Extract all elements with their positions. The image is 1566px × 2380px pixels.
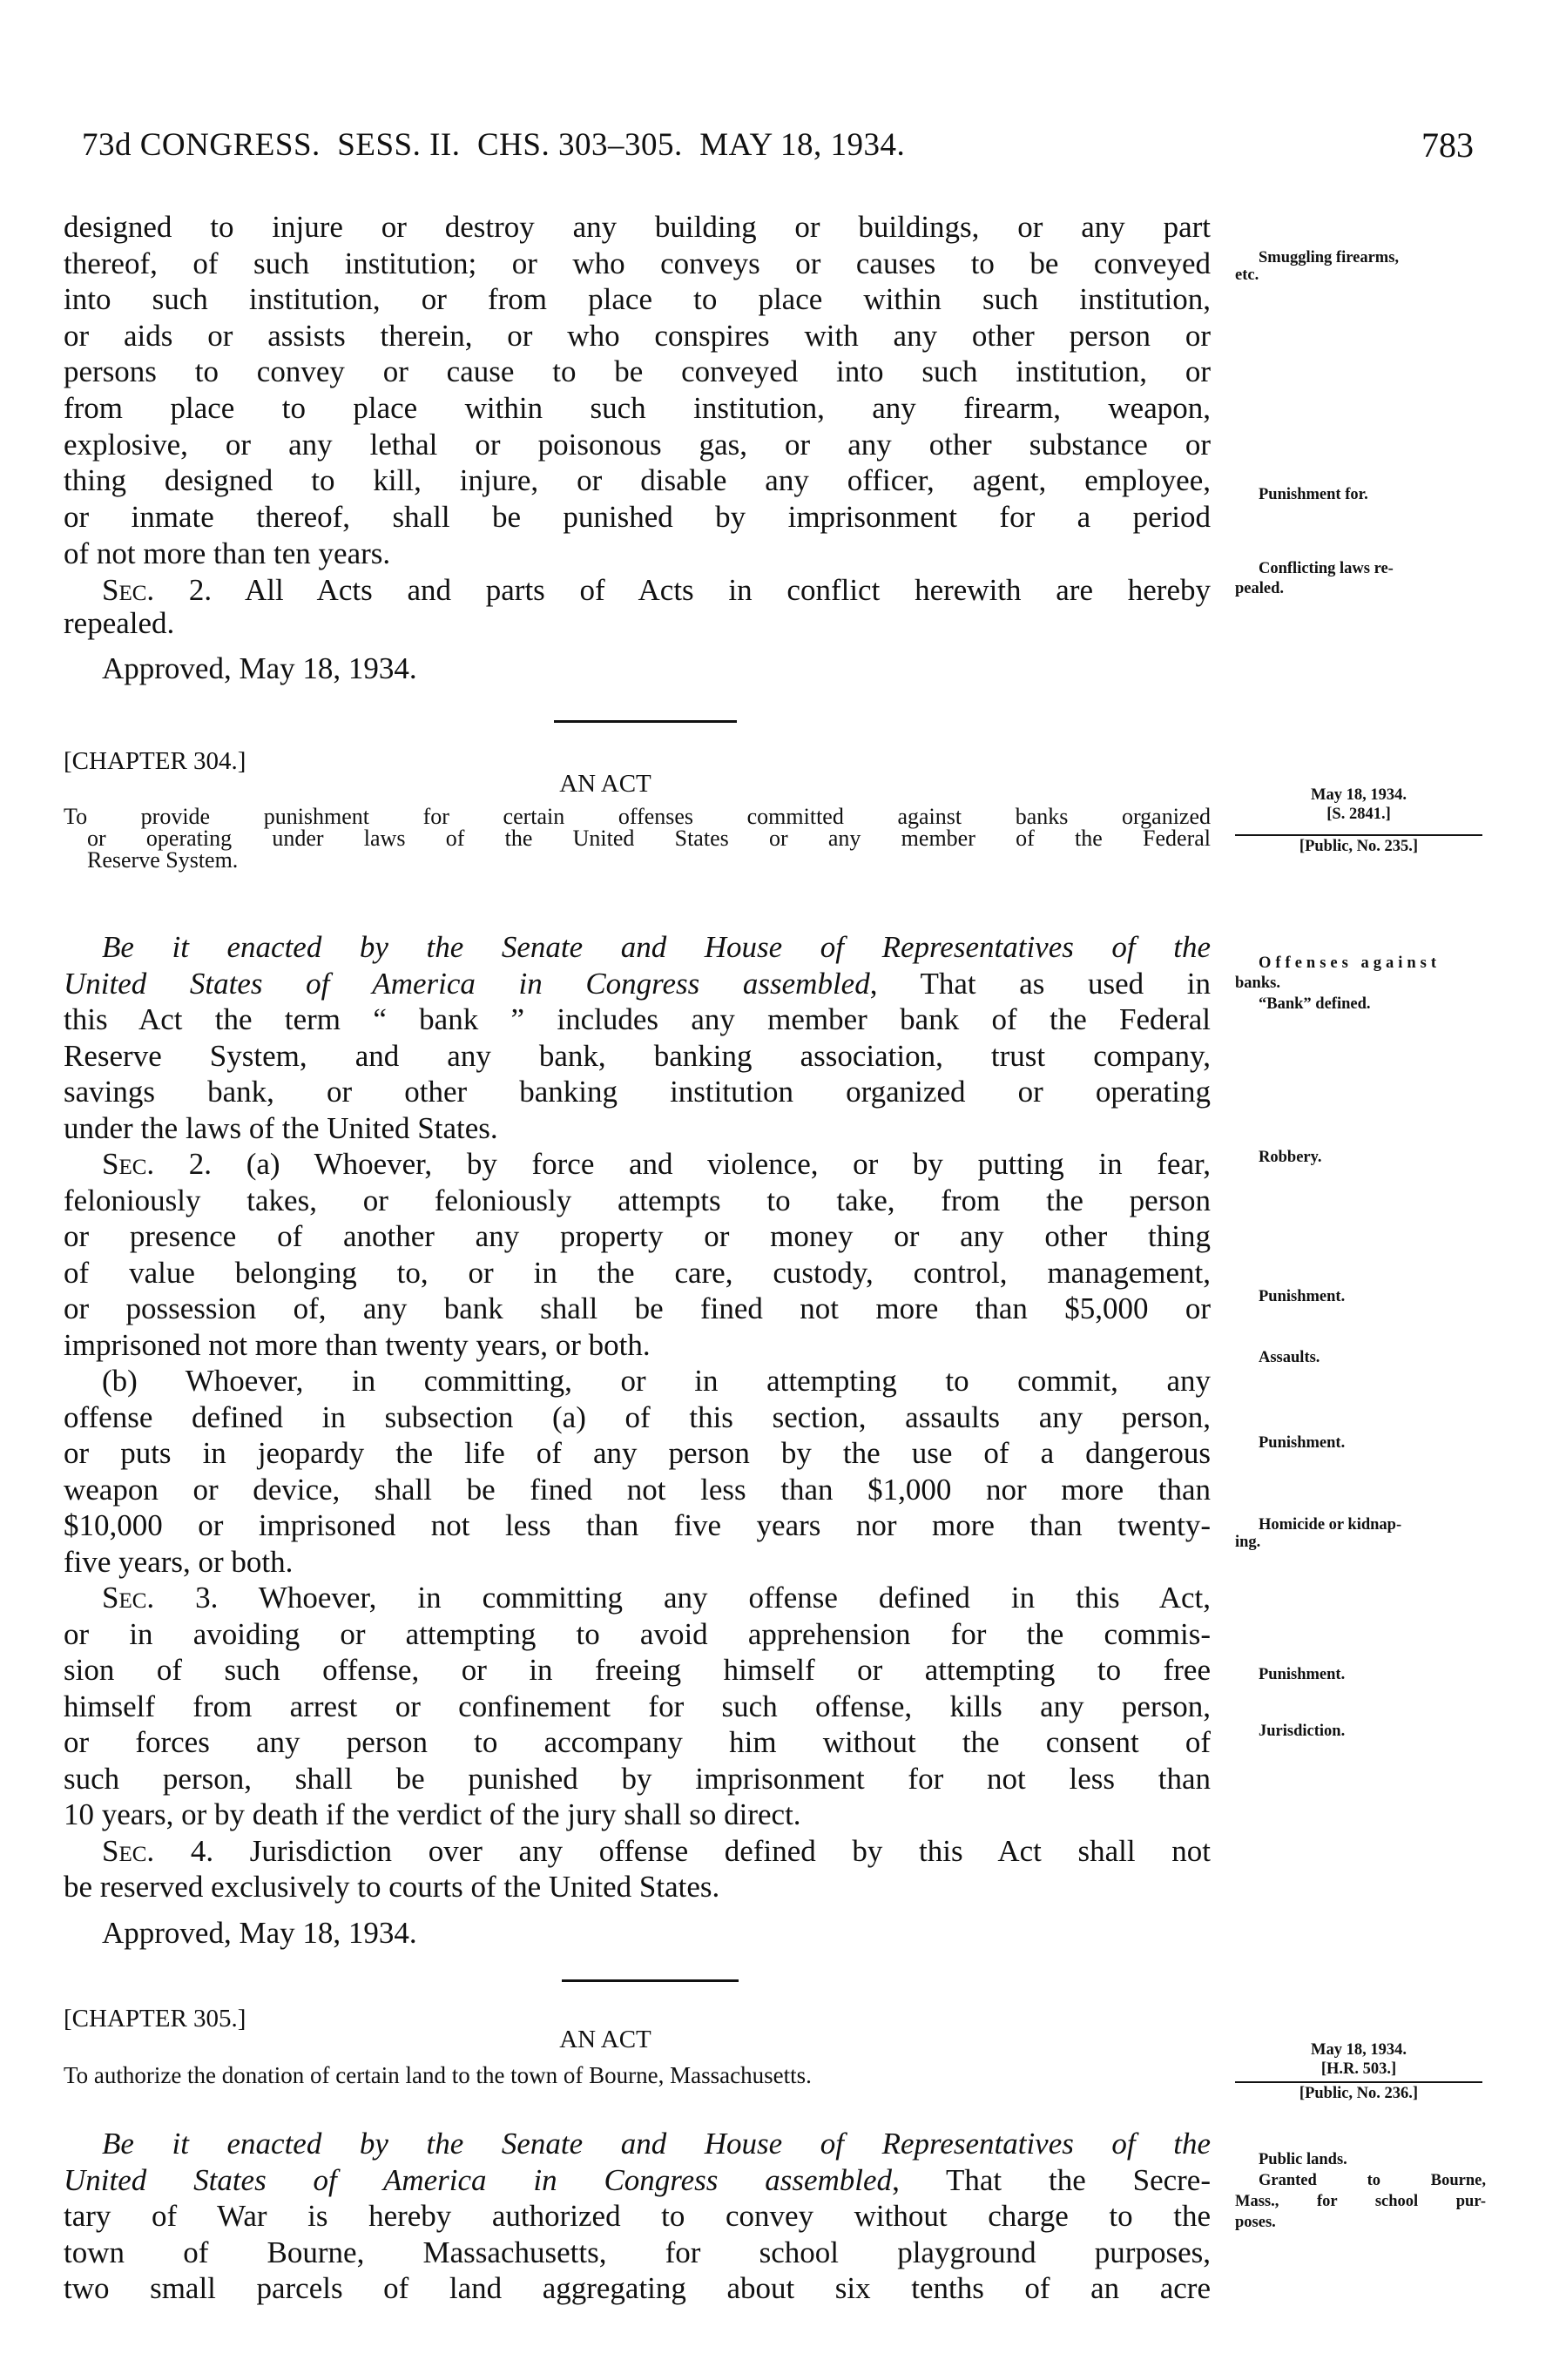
margin-note: banks. (1235, 974, 1486, 993)
margin-note: poses. (1235, 2213, 1486, 2232)
approved-date: Approved, May 18, 1934. (102, 1916, 417, 1951)
text-line: or in avoiding or attempting to avoid ap… (64, 1617, 1211, 1652)
margin-citation-rule (1235, 834, 1482, 836)
act-title: To authorize the donation of certain lan… (64, 2062, 1211, 2088)
text-line: two small parcels of land aggregating ab… (64, 2271, 1211, 2306)
margin-note: “Bank” defined. (1259, 994, 1486, 1014)
statute-page: 73d CONGRESS. SESS. II. CHS. 303–305. MA… (0, 0, 1566, 2380)
text-line: tary of War is hereby authorized to conv… (64, 2199, 1211, 2234)
enacting-clause: Be it enacted by the Senate and House of… (102, 2127, 1211, 2161)
margin-public-law: [Public, No. 235.] (1235, 837, 1482, 856)
text-line: Reserve System, and any bank, banking as… (64, 1039, 1211, 1074)
text-line: $10,000 or imprisoned not less than five… (64, 1508, 1211, 1543)
margin-bill-number: [S. 2841.] (1235, 805, 1482, 824)
text-line: repealed. (64, 606, 1211, 641)
text-line: under the laws of the United States. (64, 1111, 1211, 1146)
margin-note: Punishment. (1259, 1433, 1486, 1453)
text-line: or puts in jeopardy the life of any pers… (64, 1436, 1211, 1471)
margin-bill-number: [H.R. 503.] (1235, 2060, 1482, 2079)
text-line: or possession of, any bank shall be fine… (64, 1291, 1211, 1326)
margin-note: etc. (1235, 266, 1486, 285)
margin-note: Jurisdiction. (1259, 1722, 1486, 1741)
enacting-clause: United States of America in Congress ass… (64, 967, 1211, 1001)
margin-note: pealed. (1235, 579, 1486, 598)
text-line: weapon or device, shall be fined not les… (64, 1473, 1211, 1507)
margin-note: Conflicting laws re- (1259, 559, 1486, 578)
chapter-separator-rule (562, 1979, 739, 1982)
section-line: Sec. 2. (a) Whoever, by force and violen… (102, 1147, 1211, 1182)
text-line: of value belonging to, or in the care, c… (64, 1256, 1211, 1291)
margin-note: Public lands. (1259, 2150, 1486, 2169)
text-line: offense defined in subsection (a) of thi… (64, 1400, 1211, 1435)
margin-note: Smuggling firearms, (1259, 248, 1486, 267)
text-line: explosive, or any lethal or poisonous ga… (64, 428, 1211, 462)
section-label: Sec. 2. (102, 1147, 212, 1181)
text-line: thing designed to kill, injure, or disab… (64, 463, 1211, 498)
margin-note: Punishment. (1259, 1665, 1486, 1684)
text-line: this Act the term “ bank ” includes any … (64, 1002, 1211, 1037)
text-line: such person, shall be punished by impris… (64, 1762, 1211, 1797)
section-label: Sec. 3. (102, 1581, 218, 1615)
chapter-separator-rule (554, 720, 737, 723)
text-line: feloniously takes, or feloniously attemp… (64, 1183, 1211, 1218)
margin-note: Robbery. (1259, 1148, 1486, 1167)
text-line: designed to injure or destroy any buildi… (64, 210, 1211, 245)
section-line: Sec. 3. Whoever, in committing any offen… (102, 1581, 1211, 1615)
subsection-line: (b) Whoever, in committing, or in attemp… (102, 1364, 1211, 1399)
text-line: sion of such offense, or in freeing hims… (64, 1653, 1211, 1688)
text-line: or inmate thereof, shall be punished by … (64, 500, 1211, 535)
margin-note: Granted to Bourne, (1259, 2171, 1486, 2190)
margin-date: May 18, 1934. (1235, 785, 1482, 805)
margin-note: Assaults. (1259, 1348, 1486, 1367)
text-line: town of Bourne, Massachusetts, for schoo… (64, 2235, 1211, 2270)
running-head: 73d CONGRESS. SESS. II. CHS. 303–305. MA… (82, 126, 905, 165)
text-line: thereof, of such institution; or who con… (64, 246, 1211, 281)
section-line: Sec. 4. Jurisdiction over any offense de… (102, 1834, 1211, 1869)
margin-date: May 18, 1934. (1235, 2040, 1482, 2060)
margin-note: Punishment for. (1259, 485, 1486, 504)
approved-date: Approved, May 18, 1934. (102, 651, 417, 686)
margin-note: ing. (1235, 1533, 1486, 1552)
text-line: imprisoned not more than twenty years, o… (64, 1328, 1211, 1363)
text-line: from place to place within such institut… (64, 391, 1211, 426)
margin-note: Offenses against (1259, 954, 1486, 973)
text-line: into such institution, or from place to … (64, 282, 1211, 317)
section-label: Sec. 4. (102, 1834, 213, 1868)
text-line: or aids or assists therein, or who consp… (64, 319, 1211, 354)
act-heading: AN ACT (0, 770, 1211, 798)
text-line: five years, or both. (64, 1545, 1211, 1580)
margin-public-law: [Public, No. 236.] (1235, 2084, 1482, 2103)
act-heading: AN ACT (0, 2026, 1211, 2053)
text-line: himself from arrest or confinement for s… (64, 1689, 1211, 1724)
enacting-clause: Be it enacted by the Senate and House of… (102, 930, 1211, 965)
margin-note: Homicide or kidnap- (1259, 1515, 1486, 1534)
text-line: 10 years, or by death if the verdict of … (64, 1797, 1211, 1832)
text-line: be reserved exclusively to courts of the… (64, 1870, 1211, 1905)
text-line: or presence of another any property or m… (64, 1219, 1211, 1254)
text-line: or forces any person to accompany him wi… (64, 1725, 1211, 1760)
margin-note: Mass., for school pur- (1235, 2192, 1486, 2211)
page-number: 783 (1421, 126, 1474, 165)
margin-note: Punishment. (1259, 1287, 1486, 1306)
text-line: savings bank, or other banking instituti… (64, 1075, 1211, 1109)
enacting-clause: United States of America in Congress ass… (64, 2163, 1211, 2198)
section-line: Sec. 2. All Acts and parts of Acts in co… (102, 573, 1211, 608)
text-line: persons to convey or cause to be conveye… (64, 354, 1211, 389)
section-label: Sec. 2. (102, 573, 212, 607)
text-line: of not more than ten years. (64, 536, 1211, 571)
margin-citation-rule (1235, 2081, 1482, 2083)
act-title-line: Reserve System. (87, 847, 1211, 873)
